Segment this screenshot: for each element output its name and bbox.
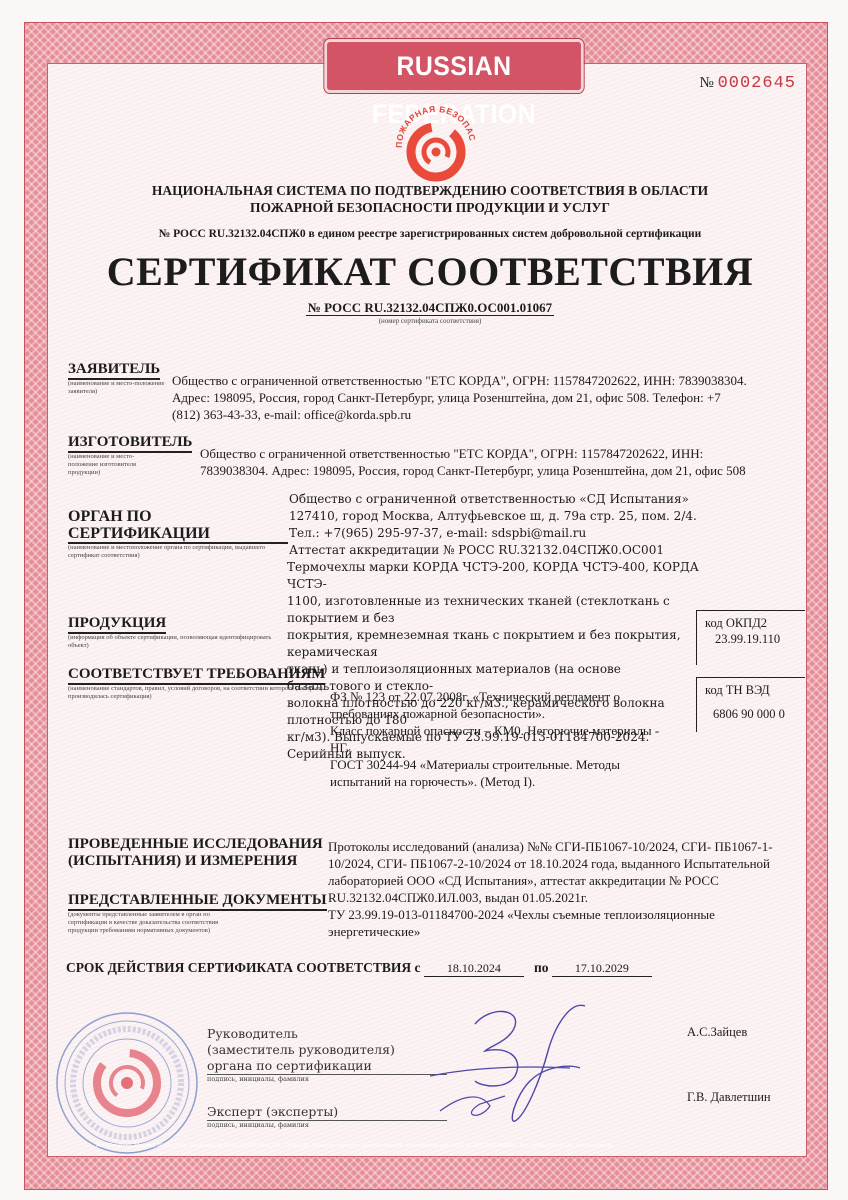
- certification-system-name: НАЦИОНАЛЬНАЯ СИСТЕМА ПО ПОДТВЕРЖДЕНИЮ СО…: [100, 182, 760, 216]
- okpd-value: 23.99.19.110: [705, 631, 805, 647]
- head-signature-block: Руководитель (заместитель руководителя) …: [207, 1026, 407, 1083]
- applicant-details: Общество с ограниченной ответственностью…: [172, 372, 812, 423]
- product-caption: (информация об объекте сертификации, поз…: [68, 634, 288, 650]
- documents-heading: ПРЕДСТАВЛЕННЫЕ ДОКУМЕНТЫ: [68, 892, 327, 911]
- tests-heading: ПРОВЕДЕННЫЕ ИССЛЕДОВАНИЯ (ИСПЫТАНИЯ) И И…: [68, 836, 328, 870]
- requirements-caption: (наименование стандартов, правил, услови…: [68, 685, 328, 701]
- documents-caption: (документы представленные заявителем в о…: [68, 911, 238, 935]
- head-name: А.С.Зайцев: [687, 1025, 747, 1040]
- applicant-caption: (наименование и место-положение заявител…: [68, 380, 168, 396]
- expert-name: Г.В. Давлетшин: [687, 1090, 771, 1105]
- registry-number: № РОСС RU.32132.04СПЖ0 в едином реестре …: [60, 228, 800, 240]
- requirements-details: ФЗ № 123 от 22.07.2008г. «Технический ре…: [330, 688, 710, 790]
- product-heading-block: ПРОДУКЦИЯ (информация об объекте сертифи…: [68, 614, 288, 650]
- tnved-code-box: код ТН ВЭД 6806 90 000 0: [696, 677, 805, 732]
- manufacturer-caption: (наименование и место-положение изготови…: [68, 453, 148, 477]
- form-serial-number: № 0002645: [700, 74, 796, 93]
- requirements-heading-block: СООТВЕТСТВУЕТ ТРЕБОВАНИЯМ (наименование …: [68, 665, 328, 701]
- documents-heading-block: ПРЕДСТАВЛЕННЫЕ ДОКУМЕНТЫ (документы пред…: [68, 891, 328, 935]
- cert-body-heading: ОРГАН ПО СЕРТИФИКАЦИИ: [68, 508, 288, 544]
- form-printer-footer: АО «Опцион», Москва, 2019 г., «Б», Лицен…: [96, 1143, 756, 1149]
- document-title: СЕРТИФИКАТ СООТВЕТСТВИЯ: [60, 248, 800, 295]
- product-heading: ПРОДУКЦИЯ: [68, 615, 166, 634]
- certificate-number: № РОСС RU.32132.04СПЖ0.ОС001.01067: [200, 300, 660, 316]
- manufacturer-heading: ИЗГОТОВИТЕЛЬ: [68, 434, 192, 453]
- valid-from-date: 18.10.2024: [424, 961, 524, 977]
- okpd-code-box: код ОКПД2 23.99.19.110: [696, 610, 805, 665]
- tests-details: Протоколы исследований (анализа) №№ СГИ-…: [328, 838, 808, 940]
- okpd-label: код ОКПД2: [705, 615, 805, 631]
- tnved-label: код ТН ВЭД: [705, 682, 805, 698]
- manufacturer-details: Общество с ограниченной ответственностью…: [200, 445, 810, 479]
- valid-to-date: 17.10.2029: [552, 961, 652, 977]
- official-seal-stamp-icon: [52, 1008, 202, 1158]
- tnved-value: 6806 90 000 0: [705, 698, 805, 722]
- handwritten-signature-icon: [420, 996, 620, 1136]
- requirements-heading: СООТВЕТСТВУЕТ ТРЕБОВАНИЯМ: [68, 666, 325, 685]
- cert-body-caption: (наименование и местоположение органа по…: [68, 544, 288, 560]
- manufacturer-heading-block: ИЗГОТОВИТЕЛЬ (наименование и место-полож…: [68, 433, 188, 477]
- certificate-number-caption: (номер сертификата соответствия): [200, 317, 660, 325]
- svg-text:ПОЖАРНАЯ БЕЗОПАСНОСТЬ: ПОЖАРНАЯ БЕЗОПАСНОСТЬ: [380, 82, 478, 148]
- expert-signature-block: Эксперт (эксперты) подпись, инициалы, фа…: [207, 1104, 447, 1129]
- applicant-heading-block: ЗАЯВИТЕЛЬ (наименование и место-положени…: [68, 360, 168, 396]
- validity-period: СРОК ДЕЙСТВИЯ СЕРТИФИКАТА СООТВЕТСТВИЯ с…: [66, 960, 766, 977]
- cert-body-details: Общество с ограниченной ответственностью…: [289, 491, 729, 559]
- fire-safety-logo-icon: ПОЖАРНАЯ БЕЗОПАСНОСТЬ: [380, 82, 490, 187]
- cert-body-heading-block: ОРГАН ПО СЕРТИФИКАЦИИ (наименование и ме…: [68, 508, 288, 560]
- logo-text: ПОЖАРНАЯ БЕЗОПАСНОСТЬ: [380, 82, 478, 148]
- applicant-heading: ЗАЯВИТЕЛЬ: [68, 361, 160, 380]
